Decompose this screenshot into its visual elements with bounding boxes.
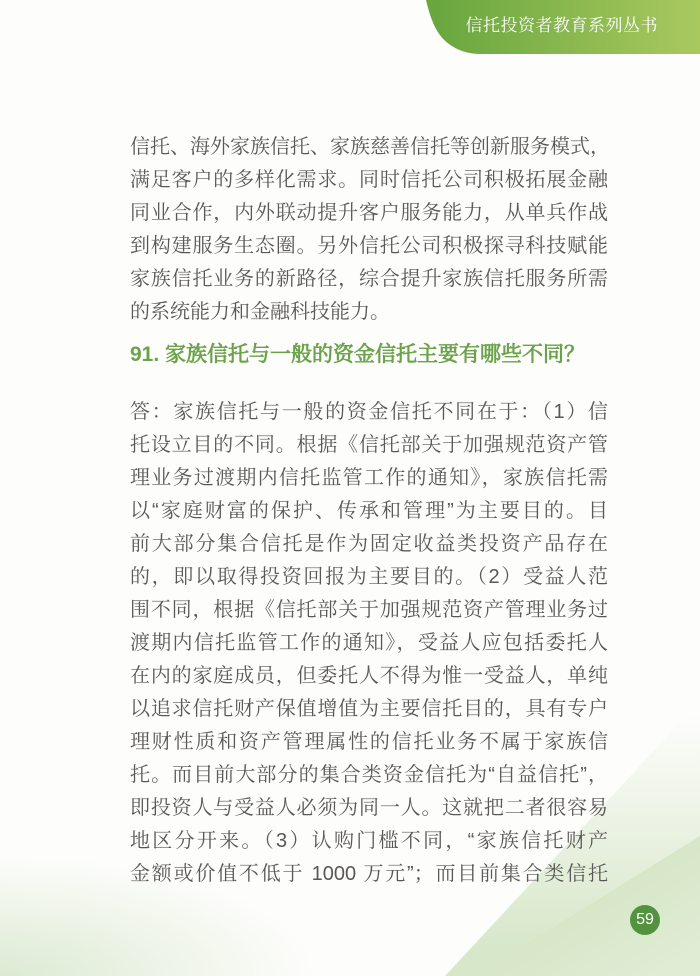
text-line: 即投资人与受益人必须为同一人。这就把二者很容易 [130,792,608,825]
text-line: 以“家庭财富的保护、传承和管理”为主要目的。目 [130,495,608,528]
text-line: 前大部分集合信托是作为固定收益类投资产品存在 [130,528,608,561]
intro-paragraph: 信托、海外家族信托、家族慈善信托等创新服务模式，满足客户的多样化需求。同时信托公… [130,131,608,329]
series-title: 信托投资者教育系列丛书 [415,0,700,54]
text-line: 同业合作，内外联动提升客户服务能力，从单兵作战 [130,197,608,230]
text-line: 信托、海外家族信托、家族慈善信托等创新服务模式， [130,131,608,164]
text-line: 地区分开来。（3）认购门槛不同，“家族信托财产 [130,825,608,858]
book-page: 信托投资者教育系列丛书 信托、海外家族信托、家族慈善信托等创新服务模式，满足客户… [0,0,700,976]
answer-paragraph: 答：家族信托与一般的资金信托不同在于：（1）信托设立目的不同。根据《信托部关于加… [130,396,608,891]
question-heading: 91. 家族信托与一般的资金信托主要有哪些不同？ [130,338,608,371]
text-line: 到构建服务生态圈。另外信托公司积极探寻科技赋能 [130,230,608,263]
text-line: 渡期内信托监管工作的通知》，受益人应包括委托人 [130,627,608,660]
text-line: 理业务过渡期内信托监管工作的通知》，家族信托需 [130,462,608,495]
text-line: 围不同，根据《信托部关于加强规范资产管理业务过 [130,594,608,627]
text-line: 以追求信托财产保值增值为主要信托目的，具有专户 [130,693,608,726]
text-line: 理财性质和资产管理属性的信托业务不属于家族信 [130,726,608,759]
text-line: 满足客户的多样化需求。同时信托公司积极拓展金融 [130,164,608,197]
text-line: 的系统能力和金融科技能力。 [130,296,608,329]
header-banner: 信托投资者教育系列丛书 [415,0,700,54]
text-line: 金额或价值不低于 1000 万元”；而目前集合类信托 [130,858,608,891]
text-line: 在内的家庭成员，但委托人不得为惟一受益人，单纯 [130,660,608,693]
text-line: 答：家族信托与一般的资金信托不同在于：（1）信 [130,396,608,429]
text-line: 托设立目的不同。根据《信托部关于加强规范资产管 [130,429,608,462]
text-line: 托。而目前大部分的集合类资金信托为“自益信托”， [130,759,608,792]
text-line: 家族信托业务的新路径，综合提升家族信托服务所需 [130,263,608,296]
text-line: 的，即以取得投资回报为主要目的。（2）受益人范 [130,561,608,594]
page-number-badge: 59 [630,905,660,935]
